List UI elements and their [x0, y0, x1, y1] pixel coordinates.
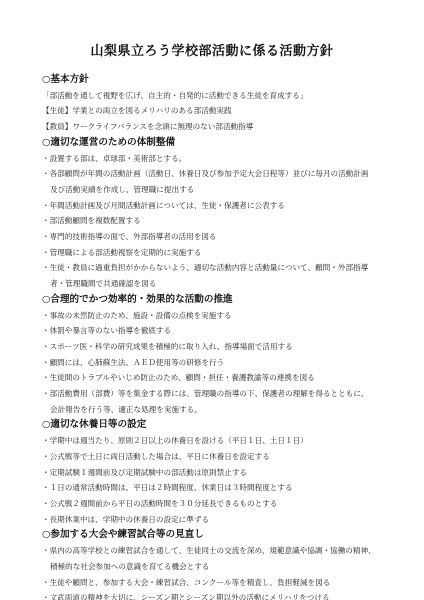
- list-item: ・各部顧問が年間の活動計画（活動日、休養日及び参加予定大会日程等）並びに毎月の活…: [42, 166, 392, 182]
- list-item-continuation: 積極的な社会参加への意識を育てる機会とする: [42, 559, 392, 575]
- list-item: ・年間活動計画及び月間活動計画については、生徒・保護者に公表する: [42, 198, 392, 214]
- document-page: 山梨県立ろう学校部活動に係る活動方針 ○基本方針「部活動を通して視野を広げ、自主…: [0, 0, 424, 600]
- list-item: ・定期試験１週間前及び定期試験中の部活動は原則禁止する: [42, 465, 392, 481]
- list-item: ・専門的技術指導の面で、外部指導者の活用を図る: [42, 229, 392, 245]
- document-title: 山梨県立ろう学校部活動に係る活動方針: [0, 40, 424, 59]
- list-item: ・体罰や暴言等のない指導を徹底する: [42, 323, 392, 339]
- list-item: ・県内の高等学校との練習試合を通して、生徒同士の交流を深め、規範意識や協調・協働…: [42, 543, 392, 559]
- list-item: ・公式戦等で土日に両日活動した場合は、平日に休養日を設定する: [42, 449, 392, 465]
- list-item: ・部活動費用（部費）等を集金する際には、管理職の指導の下、保護者の理解を得るとと…: [42, 386, 392, 402]
- list-item: ・スポーツ医・科学の研究成果を積極的に取り入れ、指導場面で活用する: [42, 339, 392, 355]
- section-heading: ○適切な休養日等の設定: [42, 417, 392, 433]
- list-item: ・事故の未然防止のため、施設・設備の点検を実施する: [42, 308, 392, 324]
- document-body: ○基本方針「部活動を通して視野を広げ、自主的・自発的に活動できる生徒を育成する」…: [42, 72, 392, 600]
- list-item: 【教員】ワークライフバランスを念頭に無理のない部活動指導: [42, 119, 392, 135]
- list-item: ・生徒間のトラブルやいじめ防止のため、顧問・担任・養護教諭等の連携を図る: [42, 370, 392, 386]
- section-heading: ○参加する大会や練習試合等の見直し: [42, 527, 392, 543]
- list-item: ・長期休業中は、学期中の休養日の設定に準ずる: [42, 512, 392, 528]
- list-item: ・公式戦２週間前から平日の活動時間を３０分延長できるものとする: [42, 496, 392, 512]
- list-item: ・生徒・教員に過重負担がかからないよう、適切な活動内容と活動量について、顧問・外…: [42, 260, 392, 276]
- list-item: ・１日の通常活動時間は、平日は２時間程度、休業日は３時間程度とする: [42, 480, 392, 496]
- list-item: ・設置する部は、卓球部・美術部とする。: [42, 151, 392, 167]
- section-heading: ○適切な運営のための体制整備: [42, 135, 392, 151]
- list-item: ・顧問には、心肺蘇生法、ＡＥＤ使用等の研修を行う: [42, 355, 392, 371]
- list-item: ・部活動顧問を複数配置する: [42, 213, 392, 229]
- list-item: ・学期中は週当たり、原則２日以上の休養日を設ける（平日１日、土日１日）: [42, 433, 392, 449]
- list-item: 【生徒】学業との両立を図るメリハリのある部活動実践: [42, 103, 392, 119]
- section-heading: ○合理的でかつ効率的・効果的な活動の推進: [42, 292, 392, 308]
- list-item-continuation: 会計報告を行う等、適正な処理を実施する。: [42, 402, 392, 418]
- list-item: 「部活動を通して視野を広げ、自主的・自発的に活動できる生徒を育成する」: [42, 88, 392, 104]
- section-heading: ○基本方針: [42, 72, 392, 88]
- list-item-continuation: 及び活動実績を作成し、管理職に提出する: [42, 182, 392, 198]
- list-item: ・生徒や顧問と、参加する大会・練習試合、コンクール等を精査し、負担軽減を図る: [42, 575, 392, 591]
- list-item: ・文武両道の精神を大切に、シーズン期とシーズン期以外の活動にメリハリをつける: [42, 590, 392, 600]
- list-item-continuation: 者・管理職間で共通確認を図る: [42, 276, 392, 292]
- list-item: ・管理職による部活動視察を定期的に実施する: [42, 245, 392, 261]
